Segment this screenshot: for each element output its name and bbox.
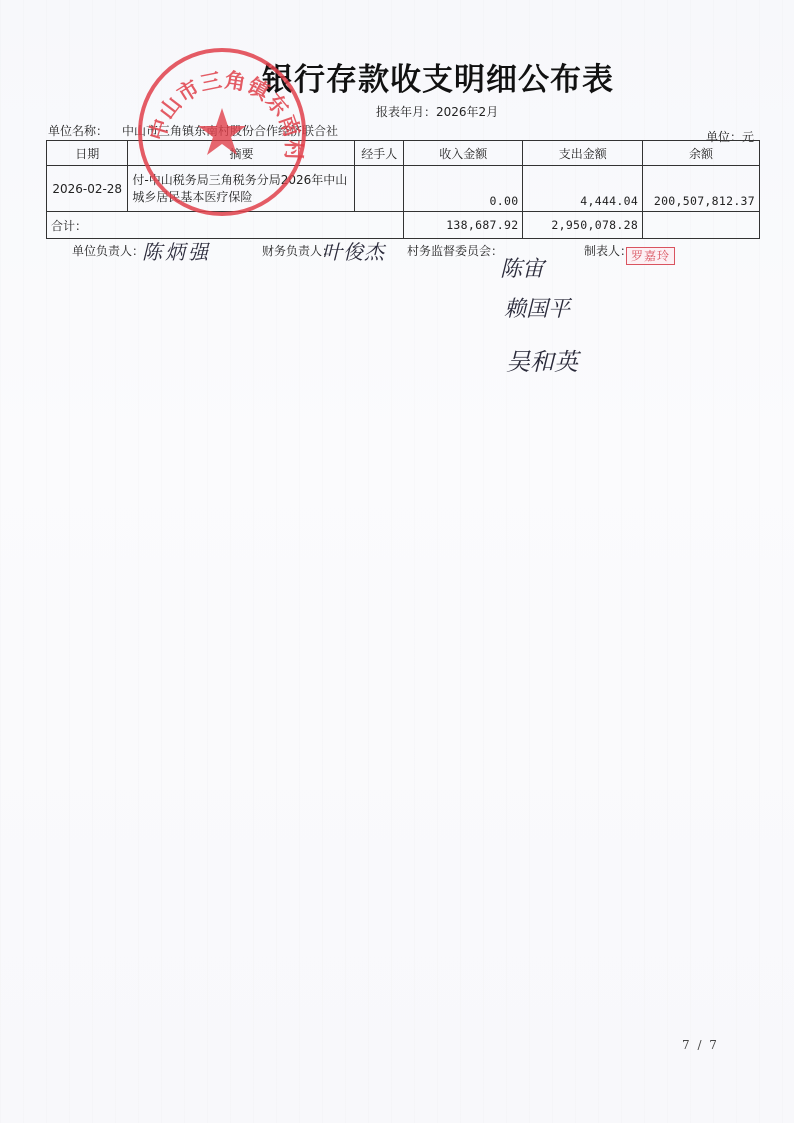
header-date: 日期 <box>47 141 128 166</box>
total-balance <box>643 212 760 239</box>
row-summary: 付-中山税务局三角税务分局2026年中山城乡居民基本医疗保险 <box>128 166 355 212</box>
header-expense: 支出金额 <box>523 141 643 166</box>
total-expense: 2,950,078.28 <box>523 212 643 239</box>
header-handler: 经手人 <box>355 141 404 166</box>
supervisory-signature-2: 赖国平 <box>504 292 570 323</box>
table-row: 2026-02-28 付-中山税务局三角税务分局2026年中山城乡居民基本医疗保… <box>47 166 760 212</box>
header-balance: 余额 <box>643 141 760 166</box>
unit-head-signature: 陈炳强 <box>142 236 211 265</box>
report-month: 报表年月：2026年2月 <box>376 103 498 120</box>
page-number: 7 / 7 <box>682 1038 719 1052</box>
header-income: 收入金额 <box>404 141 523 166</box>
unit-name-label: 单位名称： <box>48 122 108 139</box>
row-income: 0.00 <box>404 166 523 212</box>
row-handler <box>355 166 404 212</box>
header-summary: 摘要 <box>128 141 355 166</box>
report-month-label: 报表年月： <box>376 105 436 119</box>
preparer-label: 制表人： <box>584 242 632 259</box>
unit-head-label: 单位负责人： <box>72 242 144 259</box>
supervisory-signature-3: 吴和英 <box>506 342 578 377</box>
unit-name-value: 中山市三角镇东南村股份合作经济联合社 <box>122 122 338 139</box>
table-total-row: 合计： 138,687.92 2,950,078.28 <box>47 212 760 239</box>
document-title: 银行存款收支明细公布表 <box>262 54 622 99</box>
row-balance: 200,507,812.37 <box>643 166 760 212</box>
report-month-value: 2026年2月 <box>436 105 498 119</box>
supervisory-signature-1: 陈宙 <box>500 252 544 283</box>
row-date: 2026-02-28 <box>47 166 128 212</box>
supervisory-committee-label: 村务监督委员会： <box>407 242 503 259</box>
total-label: 合计： <box>47 212 404 239</box>
row-expense: 4,444.04 <box>523 166 643 212</box>
finance-head-signature: 叶俊杰 <box>322 236 385 265</box>
total-income: 138,687.92 <box>404 212 523 239</box>
table-header-row: 日期 摘要 经手人 收入金额 支出金额 余额 <box>47 141 760 166</box>
preparer-stamp: 罗嘉玲 <box>626 247 675 265</box>
ledger-table: 日期 摘要 经手人 收入金额 支出金额 余额 2026-02-28 付-中山税务… <box>46 140 760 239</box>
